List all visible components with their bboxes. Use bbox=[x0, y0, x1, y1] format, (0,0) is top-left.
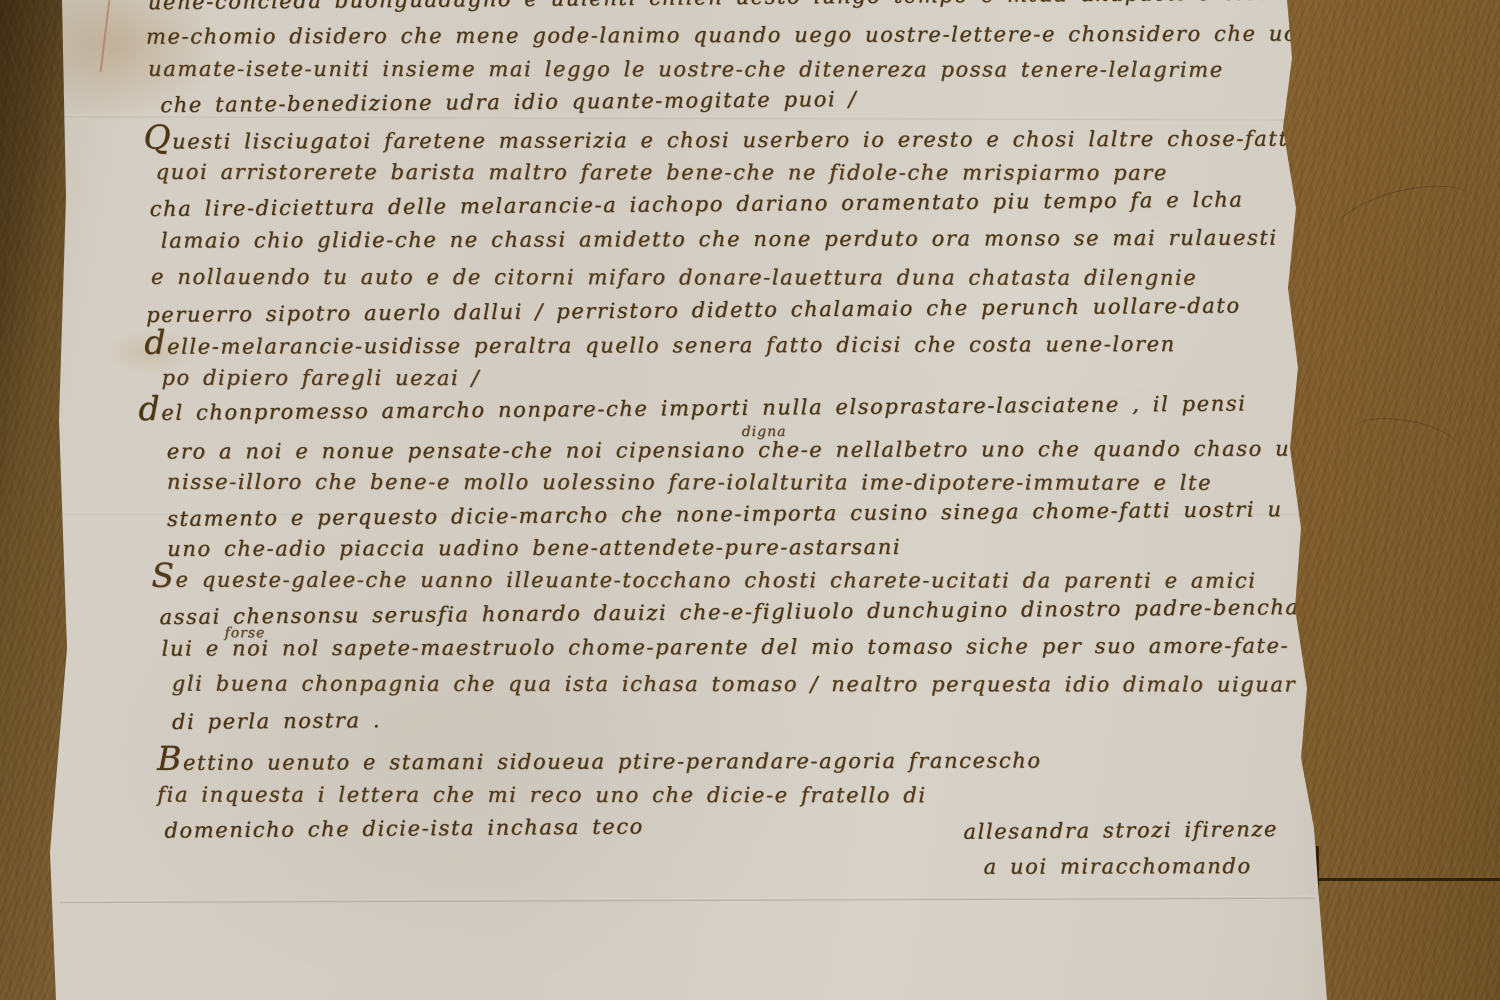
manuscript-line: me-chomio disidero che mene gode-lanimo … bbox=[146, 21, 1307, 50]
interlinear-insertion: forse bbox=[225, 620, 266, 646]
manuscript-photo: uene-concieda buonguadagno e uulenti chi… bbox=[0, 0, 1500, 1000]
manuscript-line: e nollauendo tu auto e de citorni mifaro… bbox=[151, 264, 1197, 291]
manuscript-line: peruerro sipotro auerlo dallui / perrist… bbox=[146, 292, 1241, 328]
manuscript-line: Questi lisciugatoi faretene masserizia e… bbox=[143, 125, 1302, 155]
manuscript-line: gli buena chonpagnia che qua ista ichasa… bbox=[172, 671, 1296, 698]
manuscript-line: quoi arristorerete barista maltro farete… bbox=[156, 159, 1168, 186]
manuscript-line: uene-concieda buonguadagno e uulenti chi… bbox=[148, 0, 1343, 15]
manuscript-line: nisse-illoro che bene-e mollo uolessino … bbox=[167, 469, 1212, 496]
signature-line: allesandra strozi ifirenze bbox=[963, 816, 1278, 845]
letter-paper: uene-concieda buonguadagno e uulenti chi… bbox=[0, 0, 1500, 1000]
text-layer: uene-concieda buonguadagno e uulenti chi… bbox=[0, 0, 1500, 1000]
manuscript-line: assai chensonsu serusfia honardo dauizi … bbox=[159, 594, 1299, 630]
manuscript-line: lui e noi nol sapete-maestruolo chome-pa… bbox=[162, 633, 1290, 662]
manuscript-line: fia inquesta i lettera che mi reco uno c… bbox=[157, 782, 926, 809]
manuscript-line: del chonpromesso amarcho nonpare-che imp… bbox=[139, 389, 1247, 426]
manuscript-line: stamento e perquesto dicie-marcho che no… bbox=[167, 496, 1283, 532]
manuscript-line: di perla nostra . bbox=[172, 707, 381, 735]
signature-line: a uoi miracchomando bbox=[984, 853, 1252, 880]
manuscript-line: Se queste-galee-che uanno illeuante-tocc… bbox=[151, 566, 1256, 594]
manuscript-line: domenicho che dicie-ista inchasa teco bbox=[164, 813, 644, 843]
manuscript-line: che tante-benedizione udra idio quante-m… bbox=[160, 86, 857, 118]
manuscript-line: uamate-isete-uniti insieme mai leggo le … bbox=[148, 56, 1224, 83]
manuscript-line: po dipiero faregli uezai / bbox=[161, 365, 480, 391]
manuscript-line: lamaio chio glidie-che ne chassi amidett… bbox=[161, 225, 1278, 254]
manuscript-line: uno che-adio piaccia uadino bene-attende… bbox=[167, 534, 901, 562]
manuscript-line: cha lire-diciettura delle melarancie-a i… bbox=[150, 186, 1244, 222]
manuscript-line: delle-melarancie-usidisse peraltra quell… bbox=[144, 330, 1175, 360]
manuscript-line: Bettino uenuto e stamani sidoueua ptire-… bbox=[157, 747, 1042, 776]
interlinear-insertion: digna bbox=[742, 419, 787, 445]
manuscript-line: ero a noi e nonue pensate-che noi cipens… bbox=[167, 436, 1305, 465]
plank-seam-horizontal bbox=[1312, 878, 1500, 881]
